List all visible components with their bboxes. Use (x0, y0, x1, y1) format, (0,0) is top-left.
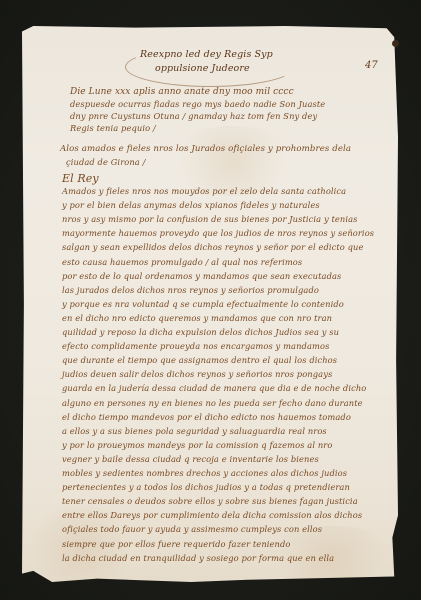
body-line: quilidad y reposo la dicha expulsion del… (62, 328, 339, 336)
body-line: entre ellos Dareys por cumplimiento dela… (62, 511, 362, 519)
body-line: tener censales o deudos sobre ellos y so… (62, 497, 358, 505)
body-line: las jurados delos dichos nros reynos y s… (62, 286, 319, 294)
body-line: alguno en persones ny en bienes no les p… (62, 399, 363, 407)
body-line: el dicho tiempo mandevos por el dicho ed… (62, 413, 351, 421)
body-line: por esto de lo qual ordenamos y mandamos… (62, 272, 341, 280)
folio-number: 47 (365, 60, 378, 71)
preamble-line: despuesde ocurras fiadas rego mys baedo … (70, 100, 325, 108)
salutation: El Rey (62, 173, 99, 184)
body-line: y porque es nra voluntad q se cumpla efe… (62, 300, 344, 308)
body-line: nros y asy mismo por la confusion de sus… (62, 215, 358, 223)
body-line: Amados y fieles nros nos mouydos por el … (62, 187, 346, 195)
body-line: vegner y baile dessa ciudad q recoja e i… (62, 455, 319, 463)
heading-line-1: Reexpno led dey Regis Syp (140, 50, 273, 60)
body-line: y por el bien delas anymas delos xpianos… (62, 201, 320, 209)
address-line: çiudad de Girona / (66, 158, 145, 166)
body-line: mayormente hauemos proveydo que los judi… (62, 229, 374, 237)
body-line: y por lo proueymos mandeys por la comiss… (62, 441, 332, 449)
body-line: que durante el tiempo que assignamos den… (62, 356, 337, 364)
body-line: salgan y sean expellidos delos dichos re… (62, 243, 364, 251)
body-line: en el dicho nro edicto queremos y mandam… (62, 314, 332, 322)
body-line: ofiçiales todo fauor y ayuda y assimesmo… (62, 525, 322, 533)
binding-hole (392, 40, 399, 47)
preamble-line: dny pnre Cuystuns Otuna / gnamday haz to… (70, 112, 317, 120)
preamble-line: Regis tenia pequio / (70, 124, 156, 132)
body-line: siempre que por ellos fuere requerido fa… (62, 540, 290, 548)
body-line: mobles y sedientes nombres drechos y acc… (62, 469, 347, 477)
body-line: judios deuen salir delos dichos reynos y… (62, 370, 332, 378)
body-line: pertenecientes y a todos los dichos judi… (62, 483, 350, 491)
address-line: Alos amados e fieles nros los Jurados of… (60, 145, 351, 154)
body-line: esto causa hauemos promulgado / al qual … (62, 258, 302, 266)
body-line: guarda en la judería dessa ciudad de man… (62, 384, 366, 392)
body-line: la dicha ciudad en tranquilidad y sosieg… (62, 554, 334, 562)
body-line: a ellos y a sus bienes pola seguridad y … (62, 427, 327, 435)
body-line: efecto complidamente proueyda nos encarg… (62, 342, 329, 350)
preamble-line: Die Lune xxx aplis anno anate dny moo mi… (70, 88, 294, 97)
heading-line-2: oppulsione Judeore (155, 64, 250, 74)
